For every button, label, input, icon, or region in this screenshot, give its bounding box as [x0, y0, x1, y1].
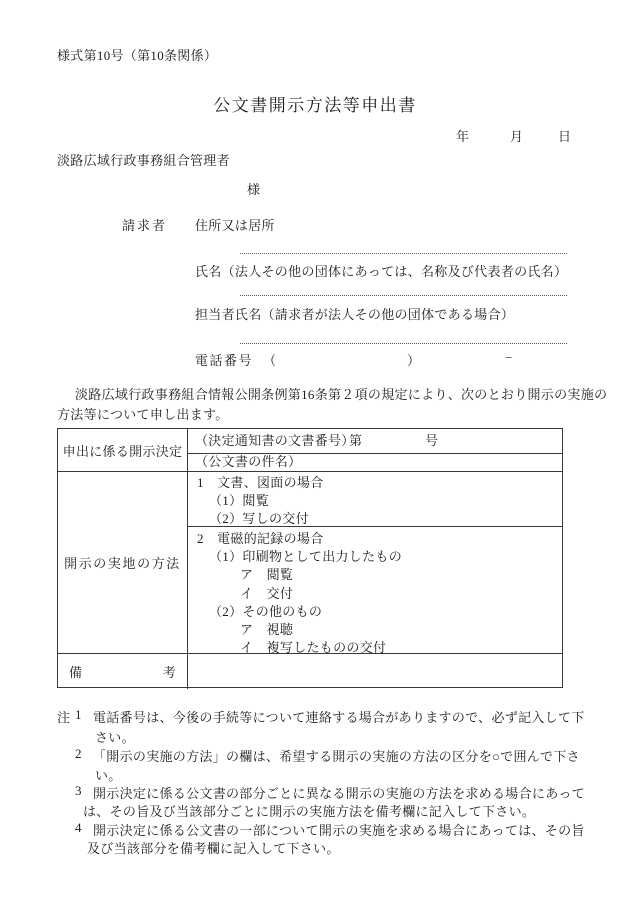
method-option-printout-deliver: イ 交付: [188, 585, 562, 603]
contact-entry-line: [240, 343, 567, 344]
method-content-cell: 1 文書、図面の場合 （1）閲覧 （2）写しの交付 2 電磁的記録の場合 （1）…: [188, 472, 562, 653]
note-2-line-1: 2 「開示の実施の方法」の欄は、希望する開示の実施の方法の区分を○で囲んで下さ: [57, 746, 572, 762]
requester-label: 請求者: [122, 215, 167, 234]
decision-row: 申出に係る開示決定 （決定通知書の文書番号） 第 号 （公文書の件名）: [58, 429, 562, 471]
note-4-line-1: 4 開示決定に係る公文書の一部について開示の実施を求める場合にあっては、その旨: [57, 820, 572, 836]
note-4-text-cont: 及び当該部分を備考欄に記入して下さい。: [87, 838, 340, 857]
note-1-line-2: さい。: [57, 727, 572, 743]
name-entry-line: [240, 295, 567, 296]
note-1-line-1: 注 1 電話番号は、今後の手続等について連絡する場合がありますので、必ず記入して…: [57, 707, 572, 723]
address-entry-line: [240, 253, 567, 254]
note-1-text-cont: さい。: [95, 727, 135, 746]
remarks-content-cell: [188, 654, 562, 689]
note-2-text-cont: い。: [95, 765, 122, 784]
method-row: 開示の実地の方法 1 文書、図面の場合 （1）閲覧 （2）写しの交付 2 電磁的…: [58, 471, 562, 653]
doc-number-subrow: （決定通知書の文書番号） 第 号: [188, 429, 562, 454]
addressee: 淡路広域行政事務組合管理者: [57, 150, 230, 169]
address-label: 住所又は居所: [195, 215, 275, 234]
notes-marker: 注: [57, 707, 70, 726]
notes-section: 注 1 電話番号は、今後の手続等について連絡する場合がありますので、必ず記入して…: [57, 707, 572, 857]
phone-label: 電話番号: [195, 350, 253, 369]
remarks-row: 備 考: [58, 653, 562, 689]
note-4-number: 4: [75, 820, 82, 836]
intro-line-2: 方法等について申し出ます。: [57, 404, 229, 423]
note-3-number: 3: [75, 783, 82, 799]
doc-number-suffix: 号: [425, 429, 438, 453]
method-option-other-audiovisual: ア 視聴: [188, 621, 562, 639]
phone-row: 電話番号 （ ） −: [195, 350, 565, 366]
remarks-label-right: 考: [163, 662, 176, 681]
remarks-label-left: 備: [69, 662, 82, 681]
contact-name-label: 担当者氏名（請求者が法人その他の団体である場合）: [195, 304, 514, 323]
subject-subrow: （公文書の件名）: [188, 454, 562, 470]
intro-line-1: 淡路広域行政事務組合情報公開条例第16条第２項の規定により、次のとおり開示の実施…: [75, 384, 607, 403]
note-4-line-2: 及び当該部分を備考欄に記入して下さい。: [57, 838, 572, 854]
method-option-view: （1）閲覧: [188, 492, 562, 510]
date-year-label: 年: [456, 126, 469, 145]
note-1-text: 電話番号は、今後の手続等について連絡する場合がありますので、必ず記入して下: [93, 707, 585, 726]
phone-paren-close-icon: ）: [407, 350, 420, 369]
date-day-label: 日: [558, 126, 571, 145]
note-4-text: 開示決定に係る公文書の一部について開示の実施を求める場合にあっては、その旨: [93, 820, 585, 839]
phone-dash-icon: −: [505, 350, 513, 366]
method-option-copy: （2）写しの交付: [188, 510, 562, 528]
doc-number-prefix: 第: [349, 429, 362, 453]
method-option-printout-view: ア 閲覧: [188, 566, 562, 584]
phone-paren-open-icon: （: [263, 350, 276, 369]
application-table: 申出に係る開示決定 （決定通知書の文書番号） 第 号 （公文書の件名） 開示の実…: [57, 428, 563, 688]
method-header-cell: 開示の実地の方法: [58, 472, 188, 653]
method-option-printout: （1）印刷物として出力したもの: [188, 548, 562, 566]
decision-content-cell: （決定通知書の文書番号） 第 号 （公文書の件名）: [188, 429, 562, 471]
date-month-label: 月: [510, 126, 523, 145]
note-3-line-1: 3 開示決定に係る公文書の部分ごとに異なる開示の実施の方法を求める場合にあって: [57, 783, 572, 799]
method-section2-title: 2 電磁的記録の場合: [188, 530, 562, 548]
note-1-number: 1: [75, 707, 82, 723]
method-section-electronic: 2 電磁的記録の場合 （1）印刷物として出力したもの ア 閲覧 イ 交付 （2）…: [188, 527, 562, 653]
method-option-other: （2）その他のもの: [188, 603, 562, 621]
method-section1-title: 1 文書、図面の場合: [188, 474, 562, 492]
document-page: 様式第10号（第10条関係） 公文書開示方法等申出書 年 月 日 淡路広域行政事…: [0, 0, 630, 903]
note-2-line-2: い。: [57, 765, 572, 781]
note-3-text-cont: は、その旨及び当該部分ごとに開示の実施方法を備考欄に記入して下さい。: [83, 801, 535, 820]
form-number: 様式第10号（第10条関係）: [57, 45, 217, 64]
subject-label: （公文書の件名）: [195, 454, 301, 469]
remarks-header-cell: 備 考: [58, 654, 188, 689]
honorific: 様: [247, 179, 260, 198]
note-2-number: 2: [75, 746, 82, 762]
name-label: 氏名（法人その他の団体にあっては、名称及び代表者の氏名）: [195, 261, 567, 280]
page-title: 公文書開示方法等申出書: [0, 91, 630, 116]
note-2-text: 「開示の実施の方法」の欄は、希望する開示の実施の方法の区分を○で囲んで下さ: [93, 746, 580, 765]
doc-number-label: （決定通知書の文書番号）: [195, 433, 355, 448]
note-3-line-2: は、その旨及び当該部分ごとに開示の実施方法を備考欄に記入して下さい。: [57, 801, 572, 817]
method-section-documents: 1 文書、図面の場合 （1）閲覧 （2）写しの交付: [188, 472, 562, 527]
note-3-text: 開示決定に係る公文書の部分ごとに異なる開示の実施の方法を求める場合にあって: [93, 783, 585, 802]
decision-header-cell: 申出に係る開示決定: [58, 429, 188, 471]
